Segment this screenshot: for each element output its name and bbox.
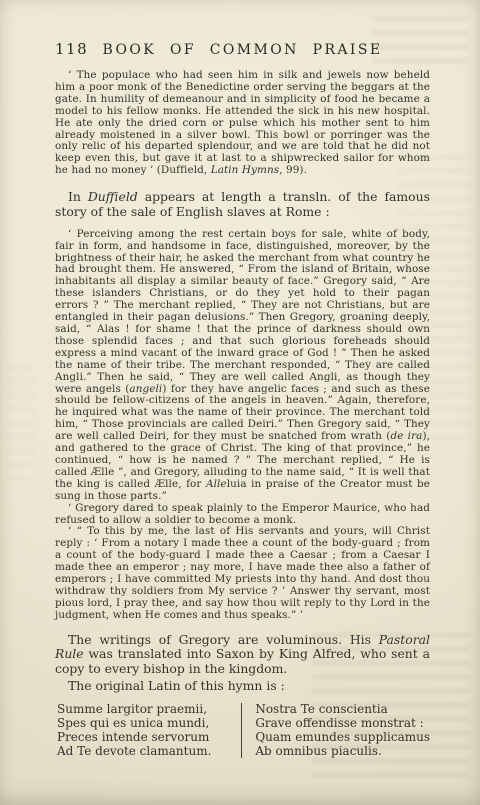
paragraph-gregory-maurice-quote: ‘ Gregory dared to speak plainly to the … — [55, 503, 430, 527]
paragraph-christ-reply-quote: ‘ “ To this by me, the last of His serva… — [55, 526, 430, 621]
paragraph-populace-quote: ‘ The populace who had seen him in silk … — [55, 70, 430, 177]
latin-hymn-verses: Summe largitor praemii,Spes qui es unica… — [57, 702, 430, 759]
page-number: 118 — [55, 40, 103, 58]
paragraph-duffield-intro: In Duffield appears at length a transln.… — [55, 190, 430, 220]
hymn-column-left: Summe largitor praemii,Spes qui es unica… — [57, 702, 241, 759]
page-content: 118 BOOK OF COMMON PRAISE ‘ The populace… — [0, 0, 480, 759]
paragraph-gregory-writings: The writings of Gregory are voluminous. … — [55, 633, 430, 677]
running-head: 118 BOOK OF COMMON PRAISE — [55, 40, 430, 58]
running-title: BOOK OF COMMON PRAISE — [103, 42, 383, 58]
paragraph-slave-story-quote: ‘ Perceiving among the rest certain boys… — [55, 229, 430, 503]
book-page-scan: 118 BOOK OF COMMON PRAISE ‘ The populace… — [0, 0, 480, 805]
paragraph-original-latin-lead: The original Latin of this hymn is : — [55, 679, 430, 694]
hymn-column-right: Nostra Te conscientiaGrave offendisse mo… — [242, 702, 430, 759]
